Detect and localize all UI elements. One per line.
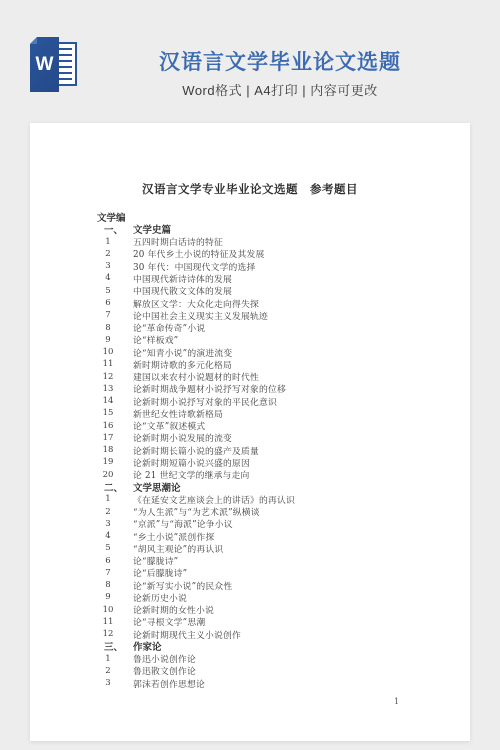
topic-row: 11 新时期诗歌的多元化格局 <box>97 358 444 370</box>
template-header: W 汉语言文学毕业论文选题 Word格式 | A4打印 | 内容可更改 <box>0 0 500 123</box>
section: 二、 文学思潮论 1 《在延安文艺座谈会上的讲话》的再认识 2 “为人生派”与“… <box>97 481 444 640</box>
sections-container: 一、 文学史篇 1 五四时期白话诗的特征 2 20 年代乡土小说的特征及其发展 … <box>97 223 444 689</box>
section-number: 二、 <box>97 480 133 494</box>
topic-number: 1 <box>97 654 133 664</box>
section-heading: 一、 文学史篇 <box>97 223 444 235</box>
topic-row: 1 《在延安文艺座谈会上的讲话》的再认识 <box>97 493 444 505</box>
document-preview-page: 汉语言文学专业毕业论文选题 参考题目 文学编 一、 文学史篇 1 五四时期白话诗… <box>30 123 470 741</box>
topic-number: 19 <box>97 457 133 467</box>
topic-text: 论新时期小说发展的流变 <box>133 431 232 444</box>
topic-row: 2 “为人生派”与“为艺术派”纵横谈 <box>97 505 444 517</box>
topic-number: 3 <box>97 678 133 688</box>
section-items: 1 五四时期白话诗的特征 2 20 年代乡土小说的特征及其发展 3 30 年代：… <box>97 236 444 481</box>
page-subtitle: Word格式 | A4打印 | 内容可更改 <box>60 80 500 99</box>
topic-text: 中国现代新诗诗体的发展 <box>133 272 232 285</box>
topic-number: 6 <box>97 556 133 566</box>
section-heading: 三、 作家论 <box>97 640 444 652</box>
section: 一、 文学史篇 1 五四时期白话诗的特征 2 20 年代乡土小说的特征及其发展 … <box>97 223 444 481</box>
topic-row: 16 论“文革”叙述模式 <box>97 420 444 432</box>
topic-text: 论新时期短篇小说兴盛的原因 <box>133 456 250 469</box>
topic-number: 20 <box>97 470 133 480</box>
topic-number: 4 <box>97 531 133 541</box>
topic-text: 论新历史小说 <box>133 591 187 604</box>
topic-number: 8 <box>97 323 133 333</box>
topic-number: 3 <box>97 261 133 271</box>
topic-number: 18 <box>97 445 133 455</box>
topic-row: 5 “胡风主观论”的再认识 <box>97 542 444 554</box>
topic-row: 8 论“革命传奇”小说 <box>97 321 444 333</box>
topic-row: 9 论“样板戏” <box>97 334 444 346</box>
topic-text: 论“革命传奇”小说 <box>133 321 205 334</box>
topic-text: 郭沫若创作思想论 <box>133 677 205 690</box>
topic-text: 论新时期的女性小说 <box>133 603 214 616</box>
topic-row: 3 “京派”与“海派”论争小议 <box>97 518 444 530</box>
topic-text: 论新时期小说抒写对象的平民化意识 <box>133 395 277 408</box>
topic-text: “胡风主观论”的再认识 <box>133 542 223 555</box>
topic-number: 15 <box>97 408 133 418</box>
topic-number: 5 <box>97 543 133 553</box>
topic-row: 10 论“知青小说”的演进流变 <box>97 346 444 358</box>
topic-number: 5 <box>97 286 133 296</box>
topic-number: 7 <box>97 310 133 320</box>
topic-row: 6 论“朦胧诗” <box>97 554 444 566</box>
topic-number: 7 <box>97 568 133 578</box>
topic-number: 8 <box>97 580 133 590</box>
document-title: 汉语言文学专业毕业论文选题 参考题目 <box>30 181 470 197</box>
topic-text: 论新时期战争题材小说抒写对象的位移 <box>133 382 286 395</box>
topic-number: 17 <box>97 433 133 443</box>
topic-number: 2 <box>97 249 133 259</box>
topic-number: 3 <box>97 519 133 529</box>
page-number: 1 <box>394 697 399 706</box>
topic-text: 建国以来农村小说题材的时代性 <box>133 370 259 383</box>
topic-text: 论“寻根文学”思潮 <box>133 615 205 628</box>
topic-row: 6 解放区文学：大众化走向得失探 <box>97 297 444 309</box>
topic-number: 11 <box>97 359 133 369</box>
topic-number: 9 <box>97 592 133 602</box>
topic-row: 4 “乡土小说”派创作探 <box>97 530 444 542</box>
topic-text: 解放区文学：大众化走向得失探 <box>133 297 259 310</box>
topic-row: 1 五四时期白话诗的特征 <box>97 236 444 248</box>
topic-text: 论“朦胧诗” <box>133 554 178 567</box>
topic-row: 17 论新时期小说发展的流变 <box>97 432 444 444</box>
topic-row: 14 论新时期小说抒写对象的平民化意识 <box>97 395 444 407</box>
topic-text: “为人生派”与“为艺术派”纵横谈 <box>133 505 260 518</box>
section-items: 1 鲁迅小说创作论 2 鲁迅散文创作论 3 郭沫若创作思想论 <box>97 653 444 690</box>
topic-row: 2 20 年代乡土小说的特征及其发展 <box>97 248 444 260</box>
topic-row: 5 中国现代散文文体的发展 <box>97 285 444 297</box>
topic-number: 16 <box>97 421 133 431</box>
topic-text: 鲁迅散文创作论 <box>133 664 196 677</box>
topic-text: 论“样板戏” <box>133 333 178 346</box>
topic-number: 11 <box>97 617 133 627</box>
topic-number: 10 <box>97 605 133 615</box>
topic-text: 新时期诗歌的多元化格局 <box>133 358 232 371</box>
topic-row: 7 论中国社会主义现实主义发展轨迹 <box>97 309 444 321</box>
topic-text: 论“新写实小说”的民众性 <box>133 579 232 592</box>
word-icon-w-panel: W <box>30 37 59 92</box>
topic-number: 6 <box>97 298 133 308</box>
topic-row: 2 鲁迅散文创作论 <box>97 665 444 677</box>
topic-row: 7 论“后朦胧诗” <box>97 567 444 579</box>
section-heading: 二、 文学思潮论 <box>97 481 444 493</box>
topic-number: 4 <box>97 273 133 283</box>
topic-text: 论“文革”叙述模式 <box>133 419 205 432</box>
topic-text: 论“知青小说”的演进流变 <box>133 346 232 359</box>
topic-number: 12 <box>97 629 133 639</box>
section: 三、 作家论 1 鲁迅小说创作论 2 鲁迅散文创作论 3 郭沫若创作思想论 <box>97 640 444 689</box>
topic-text: 论中国社会主义现实主义发展轨迹 <box>133 309 268 322</box>
topic-number: 12 <box>97 372 133 382</box>
topic-row: 10 论新时期的女性小说 <box>97 604 444 616</box>
topic-row: 13 论新时期战争题材小说抒写对象的位移 <box>97 383 444 395</box>
topic-number: 1 <box>97 494 133 504</box>
topic-row: 8 论“新写实小说”的民众性 <box>97 579 444 591</box>
topic-row: 12 建国以来农村小说题材的时代性 <box>97 370 444 382</box>
topic-text: 论“后朦胧诗” <box>133 566 187 579</box>
topic-row: 18 论新时期长篇小说的盛产及质量 <box>97 444 444 456</box>
topic-row: 4 中国现代新诗诗体的发展 <box>97 272 444 284</box>
topic-number: 14 <box>97 396 133 406</box>
topic-number: 1 <box>97 237 133 247</box>
topic-row: 1 鲁迅小说创作论 <box>97 653 444 665</box>
page-title: 汉语言文学毕业论文选题 <box>60 46 500 76</box>
topic-row: 3 郭沫若创作思想论 <box>97 677 444 689</box>
topic-text: 30 年代：中国现代文学的选择 <box>133 260 256 273</box>
topic-text: 五四时期白话诗的特征 <box>133 235 223 248</box>
topic-number: 13 <box>97 384 133 394</box>
topic-text: 论新时期长篇小说的盛产及质量 <box>133 444 259 457</box>
topic-number: 2 <box>97 507 133 517</box>
topic-text: “京派”与“海派”论争小议 <box>133 517 233 530</box>
topic-text: 中国现代散文文体的发展 <box>133 284 232 297</box>
topic-row: 15 新世纪女性诗歌新格局 <box>97 407 444 419</box>
topic-text: 《在延安文艺座谈会上的讲话》的再认识 <box>133 493 295 506</box>
topic-text: 新世纪女性诗歌新格局 <box>133 407 223 420</box>
topic-list: 文学编 一、 文学史篇 1 五四时期白话诗的特征 2 20 年代乡土小说的特征及… <box>97 211 444 689</box>
topic-number: 2 <box>97 666 133 676</box>
section-number: 三、 <box>97 639 133 653</box>
topic-row: 3 30 年代：中国现代文学的选择 <box>97 260 444 272</box>
topic-text: 鲁迅小说创作论 <box>133 652 196 665</box>
section-number: 一、 <box>97 222 133 236</box>
topic-text: “乡土小说”派创作探 <box>133 530 214 543</box>
topic-number: 9 <box>97 335 133 345</box>
topic-row: 19 论新时期短篇小说兴盛的原因 <box>97 456 444 468</box>
topic-text: 20 年代乡土小说的特征及其发展 <box>133 247 265 260</box>
word-icon-fold <box>30 37 37 44</box>
topic-row: 11 论“寻根文学”思潮 <box>97 616 444 628</box>
section-items: 1 《在延安文艺座谈会上的讲话》的再认识 2 “为人生派”与“为艺术派”纵横谈 … <box>97 493 444 640</box>
topic-row: 9 论新历史小说 <box>97 591 444 603</box>
topic-number: 10 <box>97 347 133 357</box>
